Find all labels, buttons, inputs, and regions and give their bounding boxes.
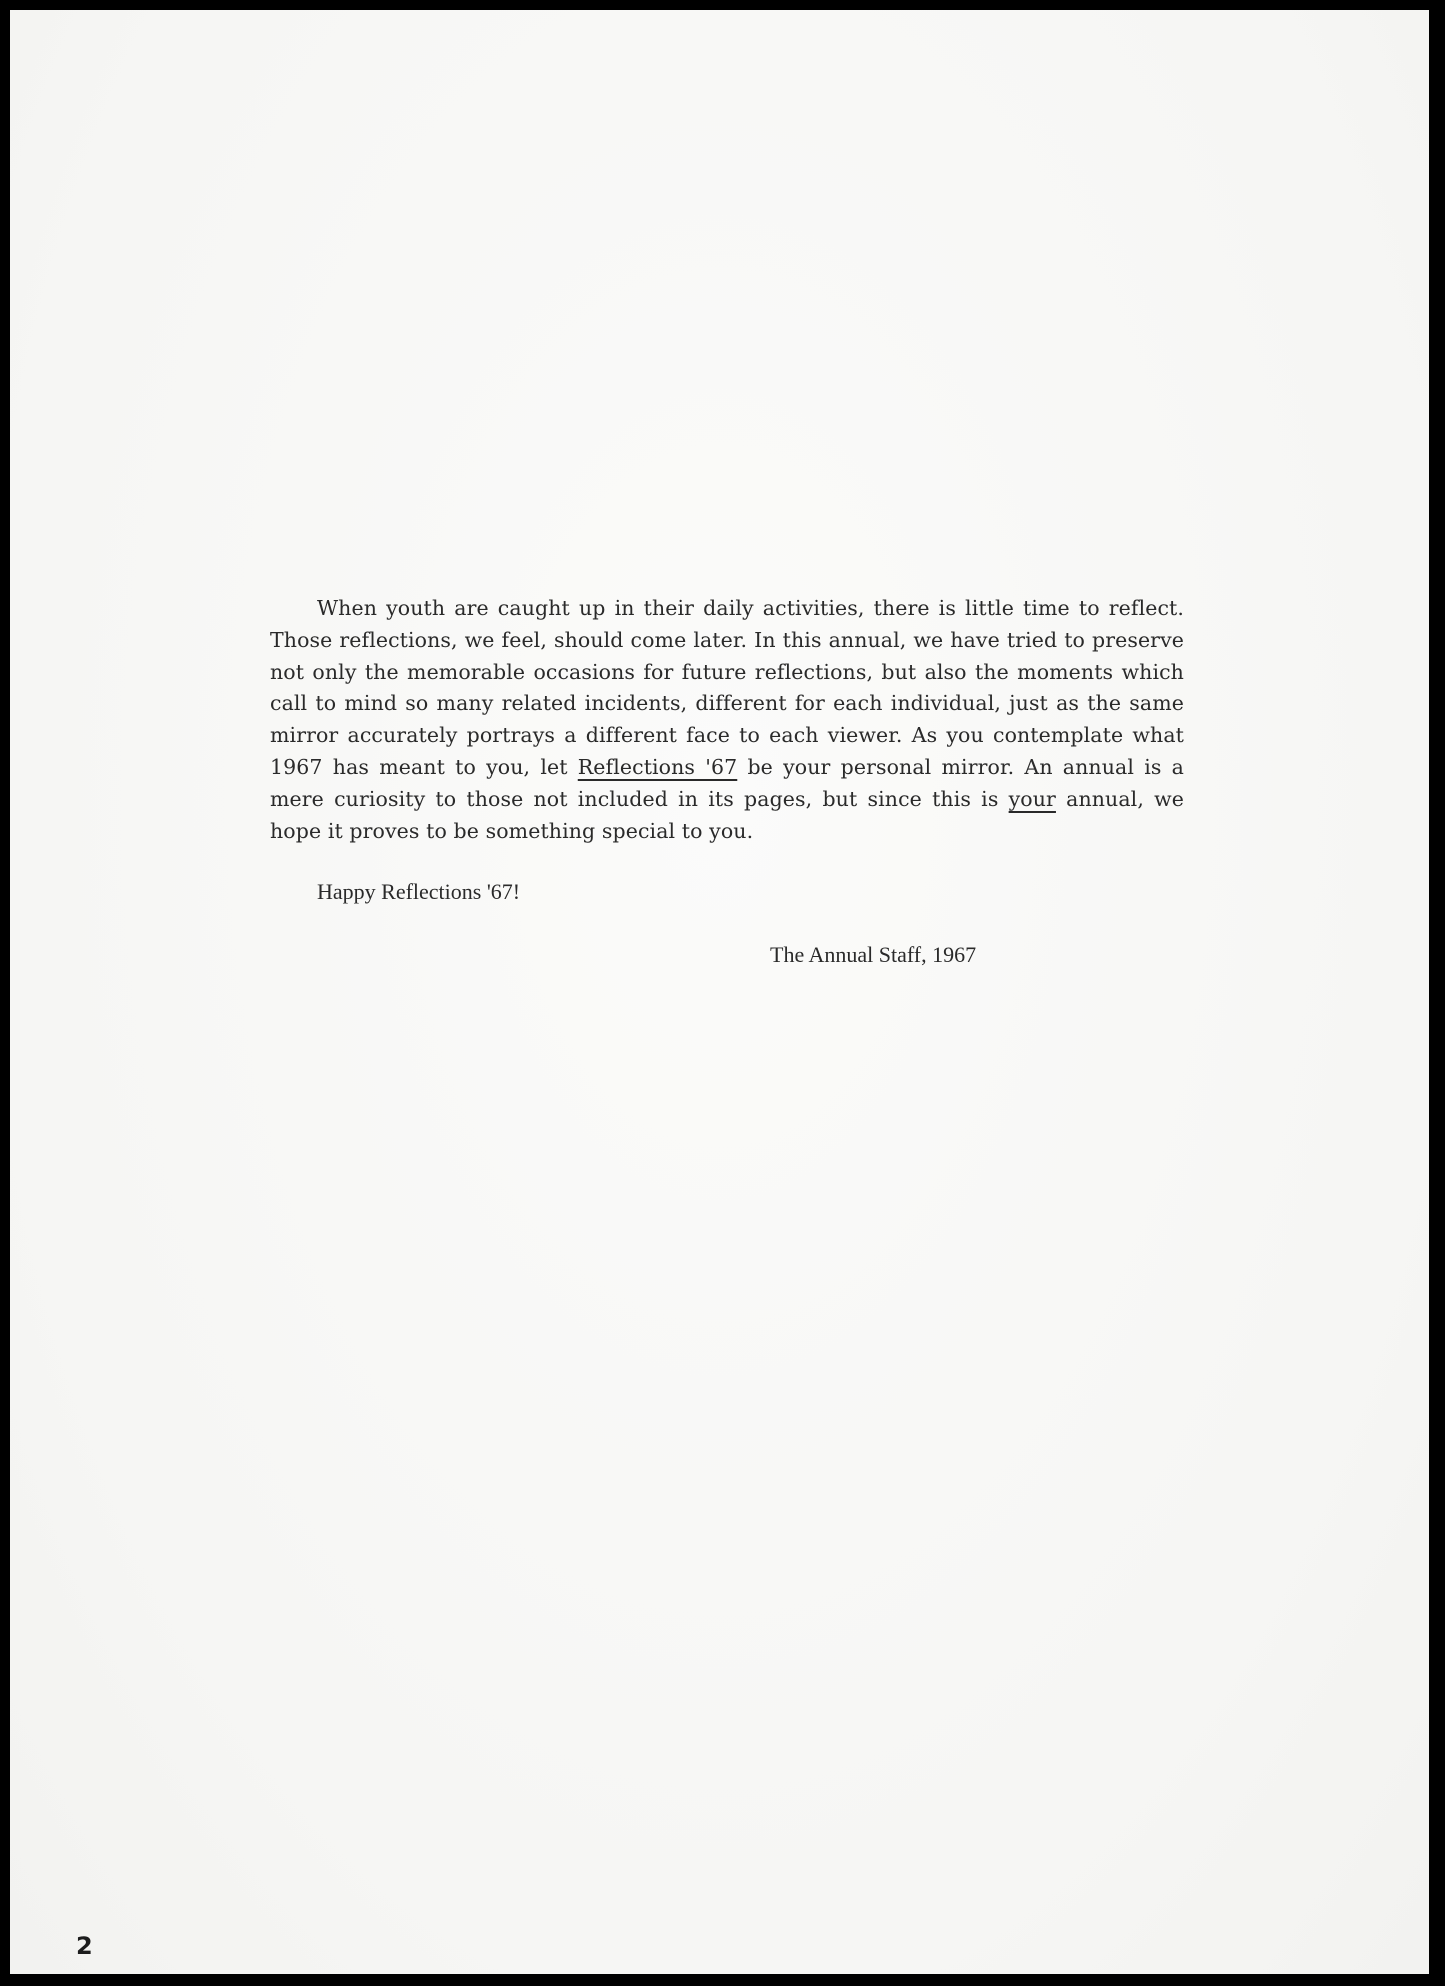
foreword-text-part1: When youth are caught up in their daily … xyxy=(270,596,1184,779)
signature-line: The Annual Staff, 1967 xyxy=(770,942,976,968)
foreword-paragraph: When youth are caught up in their daily … xyxy=(270,593,1184,847)
yearbook-page: When youth are caught up in their daily … xyxy=(10,10,1429,1974)
closing-line: Happy Reflections '67! xyxy=(317,879,520,905)
yearbook-title-underlined: Reflections '67 xyxy=(578,755,738,779)
foreword-text: When youth are caught up in their daily … xyxy=(270,593,1184,847)
page-number: 2 xyxy=(76,1932,93,1960)
emphasized-word-your: your xyxy=(1009,787,1056,811)
